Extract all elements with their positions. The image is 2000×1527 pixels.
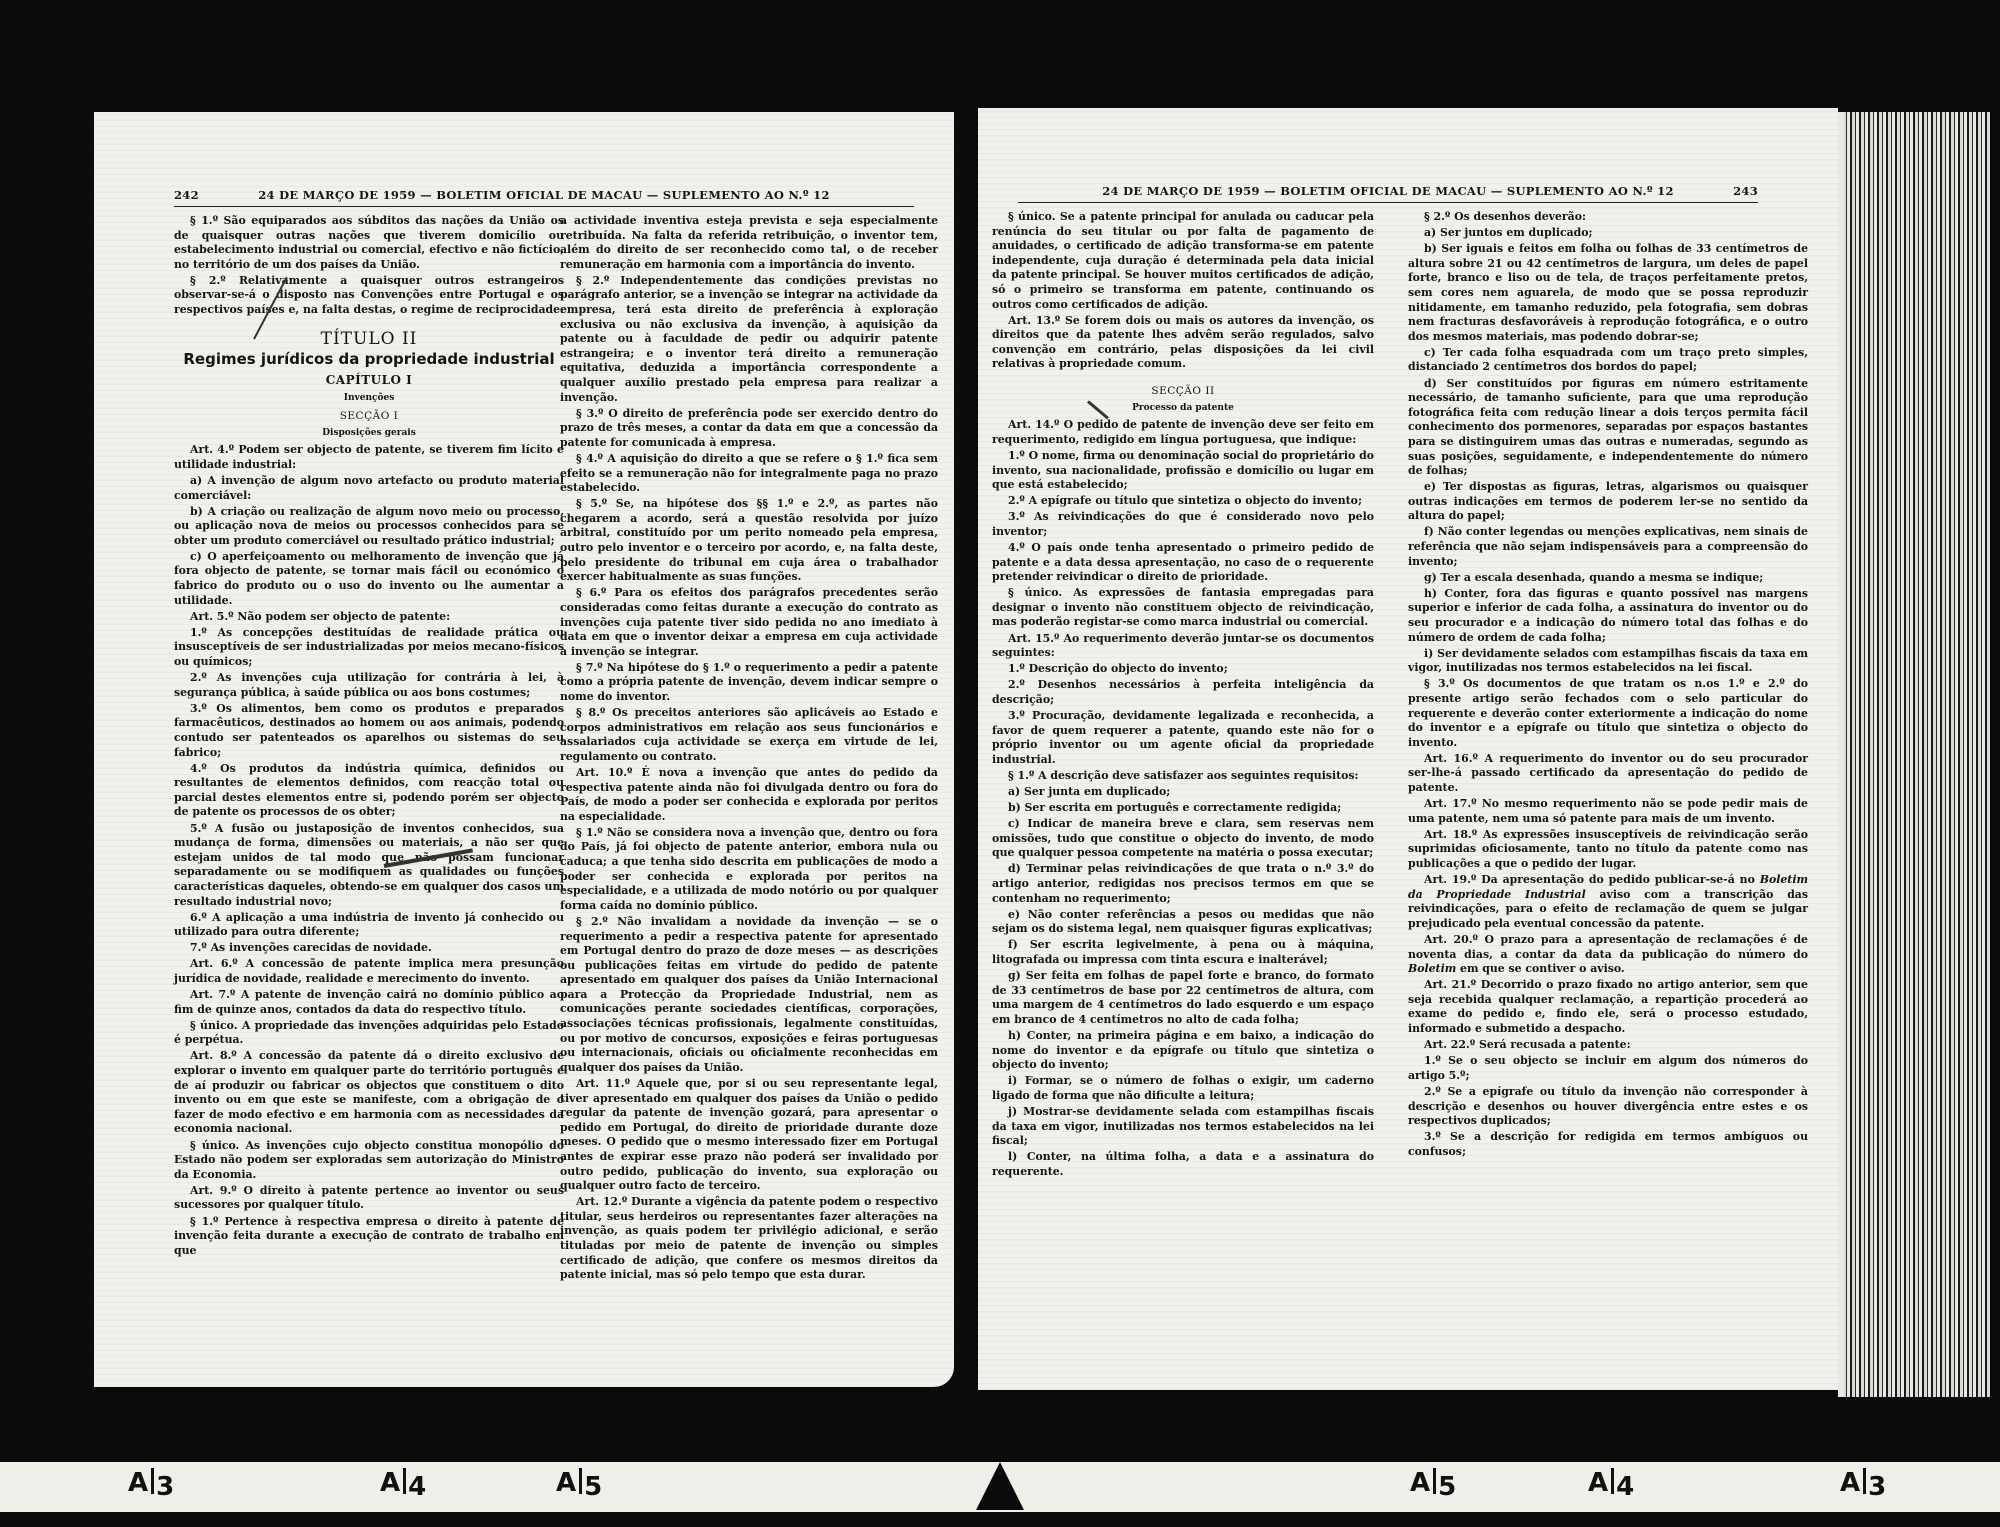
paragraph: § 3.º O direito de preferência pode ser … bbox=[560, 407, 938, 451]
article-15: Art. 15.º Ao requerimento deverão juntar… bbox=[992, 632, 1374, 661]
item: e) Ter dispostas as figuras, letras, alg… bbox=[1408, 480, 1808, 524]
paragraph: § 2.º Relativamente a quaisquer outros e… bbox=[174, 274, 564, 318]
item: 3.º Os alimentos, bem como os produtos e… bbox=[174, 702, 564, 760]
item: b) Ser escrita em português e correctame… bbox=[992, 801, 1374, 816]
film-notch bbox=[976, 1462, 1024, 1510]
item: l) Conter, na última folha, a data e a a… bbox=[992, 1150, 1374, 1179]
frame-mark: A4 bbox=[1588, 1468, 1634, 1502]
paragraph: § único. As expressões de fantasia empre… bbox=[992, 586, 1374, 630]
article-18: Art. 18.º As expressões insusceptíveis d… bbox=[1408, 828, 1808, 872]
item: c) Indicar de maneira breve e clara, sem… bbox=[992, 817, 1374, 861]
article-8: Art. 8.º A concessão da patente dá o dir… bbox=[174, 1049, 564, 1137]
item: j) Mostrar-se devidamente selada com est… bbox=[992, 1105, 1374, 1149]
item: 1.º As concepções destituídas de realida… bbox=[174, 626, 564, 670]
title-heading: TÍTULO II bbox=[174, 332, 564, 347]
page-header: 242 24 DE MARÇO DE 1959 — BOLETIM OFICIA… bbox=[174, 182, 914, 207]
paragraph: § 2.º Independentemente das condições pr… bbox=[560, 274, 938, 405]
paragraph: § único. A propriedade das invenções adq… bbox=[174, 1019, 564, 1048]
title-subheading: Regimes jurídicos da propriedade industr… bbox=[174, 352, 564, 367]
section-heading: SECÇÃO II bbox=[992, 384, 1374, 399]
item: 2.º A epígrafe ou título que sintetiza o… bbox=[992, 494, 1374, 509]
header-title: 24 DE MARÇO DE 1959 — BOLETIM OFICIAL DE… bbox=[174, 188, 914, 202]
article-9: Art. 9.º O direito à patente pertence ao… bbox=[174, 1184, 564, 1213]
item: a) Ser juntos em duplicado; bbox=[1408, 226, 1808, 241]
page-number: 243 bbox=[1733, 184, 1758, 198]
section-subheading: Processo da patente bbox=[992, 401, 1374, 416]
italic-title: Boletim bbox=[1408, 962, 1456, 975]
right-page: 24 DE MARÇO DE 1959 — BOLETIM OFICIAL DE… bbox=[978, 108, 1838, 1390]
right-column-2: § 2.º Os desenhos deverão: a) Ser juntos… bbox=[1408, 210, 1808, 1161]
item: 1.º O nome, firma ou denominação social … bbox=[992, 449, 1374, 493]
article-21: Art. 21.º Decorrido o prazo fixado no ar… bbox=[1408, 978, 1808, 1036]
left-column-1: § 1.º São equiparados aos súbditos das n… bbox=[174, 214, 564, 1260]
article-7: Art. 7.º A patente de invenção cairá no … bbox=[174, 988, 564, 1017]
paragraph: § 1.º Não se considera nova a invenção q… bbox=[560, 826, 938, 914]
text: Art. 19.º Da apresentação do pedido publ… bbox=[1424, 873, 1760, 886]
book-gutter bbox=[954, 100, 978, 1400]
item: d) Ser constituídos por figuras em númer… bbox=[1408, 377, 1808, 479]
frame-mark: A3 bbox=[1840, 1468, 1886, 1502]
article-11: Art. 11.º Aquele que, por si ou seu repr… bbox=[560, 1077, 938, 1194]
paragraph: § único. As invenções cujo objecto const… bbox=[174, 1139, 564, 1183]
article-4: Art. 4.º Podem ser objecto de patente, s… bbox=[174, 443, 564, 472]
item: 6.º A aplicação a uma indústria de inven… bbox=[174, 911, 564, 940]
item: i) Ser devidamente selados com estampilh… bbox=[1408, 647, 1808, 676]
paragraph: § 8.º Os preceitos anteriores são aplicá… bbox=[560, 706, 938, 764]
item: 1.º Descrição do objecto do invento; bbox=[992, 662, 1374, 677]
item: i) Formar, se o número de folhas o exigi… bbox=[992, 1074, 1374, 1103]
article-13: Art. 13.º Se forem dois ou mais os autor… bbox=[992, 314, 1374, 372]
paragraph: § 5.º Se, na hipótese dos §§ 1.º e 2.º, … bbox=[560, 497, 938, 585]
item: 4.º Os produtos da indústria química, de… bbox=[174, 762, 564, 820]
item: h) Conter, fora das figuras e quanto pos… bbox=[1408, 587, 1808, 645]
item: 1.º Se o seu objecto se incluir em algum… bbox=[1408, 1054, 1808, 1083]
article-5: Art. 5.º Não podem ser objecto de patent… bbox=[174, 610, 564, 625]
item: g) Ser feita em folhas de papel forte e … bbox=[992, 969, 1374, 1027]
paragraph: § 7.º Na hipótese do § 1.º o requeriment… bbox=[560, 661, 938, 705]
chapter-heading: CAPÍTULO I bbox=[174, 373, 564, 388]
left-column-2: a actividade inventiva esteja prevista e… bbox=[560, 214, 938, 1284]
right-column-1: § único. Se a patente principal for anul… bbox=[992, 210, 1374, 1181]
article-17: Art. 17.º No mesmo requerimento não se p… bbox=[1408, 797, 1808, 826]
article-10: Art. 10.º É nova a invenção que antes do… bbox=[560, 766, 938, 824]
frame-mark: A3 bbox=[128, 1468, 174, 1502]
frame-mark: A4 bbox=[380, 1468, 426, 1502]
paragraph: § 4.º A aquisição do direito a que se re… bbox=[560, 452, 938, 496]
item: b) Ser iguais e feitos em folha ou folha… bbox=[1408, 242, 1808, 344]
article-16: Art. 16.º A requerimento do inventor ou … bbox=[1408, 752, 1808, 796]
item: 2.º Desenhos necessários à perfeita inte… bbox=[992, 678, 1374, 707]
item: 7.º As invenções carecidas de novidade. bbox=[174, 941, 564, 956]
text: em que se contiver o aviso. bbox=[1456, 962, 1624, 975]
item: c) O aperfeiçoamento ou melhoramento de … bbox=[174, 550, 564, 608]
section-heading: SECÇÃO I bbox=[174, 409, 564, 424]
item: b) A criação ou realização de algum novo… bbox=[174, 505, 564, 549]
item: 3.º Procuração, devidamente legalizada e… bbox=[992, 709, 1374, 767]
paragraph: § 1.º Pertence à respectiva empresa o di… bbox=[174, 1215, 564, 1259]
item: f) Ser escrita legivelmente, à pena ou à… bbox=[992, 938, 1374, 967]
paragraph: § 2.º Os desenhos deverão: bbox=[1408, 210, 1808, 225]
paragraph: § 3.º Os documentos de que tratam os n.o… bbox=[1408, 677, 1808, 750]
item: h) Conter, na primeira página e em baixo… bbox=[992, 1029, 1374, 1073]
section-subheading: Disposições gerais bbox=[174, 426, 564, 441]
item: f) Não conter legendas ou menções explic… bbox=[1408, 525, 1808, 569]
item: 3.º As reivindicações do que é considera… bbox=[992, 510, 1374, 539]
article-14: Art. 14.º O pedido de patente de invençã… bbox=[992, 418, 1374, 447]
item: d) Terminar pelas reivindicações de que … bbox=[992, 862, 1374, 906]
paragraph: § 1.º A descrição deve satisfazer aos se… bbox=[992, 769, 1374, 784]
paragraph-continuation: a actividade inventiva esteja prevista e… bbox=[560, 214, 938, 272]
frame-mark: A5 bbox=[556, 1468, 602, 1502]
article-12: Art. 12.º Durante a vigência da patente … bbox=[560, 1195, 938, 1283]
item: c) Ter cada folha esquadrada com um traç… bbox=[1408, 346, 1808, 375]
paragraph: § único. Se a patente principal for anul… bbox=[992, 210, 1374, 312]
article-22: Art. 22.º Será recusada a patente: bbox=[1408, 1038, 1808, 1053]
item: a) Ser junta em duplicado; bbox=[992, 785, 1374, 800]
paragraph: § 6.º Para os efeitos dos parágrafos pre… bbox=[560, 586, 938, 659]
article-20: Art. 20.º O prazo para a apresentação de… bbox=[1408, 933, 1808, 977]
text: Art. 20.º O prazo para a apresentação de… bbox=[1408, 933, 1808, 961]
item: 5.º A fusão ou justaposição de inventos … bbox=[174, 822, 564, 910]
paragraph: § 2.º Não invalidam a novidade da invenç… bbox=[560, 915, 938, 1076]
page-header: 24 DE MARÇO DE 1959 — BOLETIM OFICIAL DE… bbox=[1018, 178, 1758, 203]
article-6: Art. 6.º A concessão de patente implica … bbox=[174, 957, 564, 986]
article-19: Art. 19.º Da apresentação do pedido publ… bbox=[1408, 873, 1808, 931]
frame-mark: A5 bbox=[1410, 1468, 1456, 1502]
item: g) Ter a escala desenhada, quando a mesm… bbox=[1408, 571, 1808, 586]
paragraph: § 1.º São equiparados aos súbditos das n… bbox=[174, 214, 564, 272]
item: a) A invenção de algum novo artefacto ou… bbox=[174, 474, 564, 503]
item: e) Não conter referências a pesos ou med… bbox=[992, 908, 1374, 937]
item: 2.º As invenções cuja utilização for con… bbox=[174, 671, 564, 700]
item: 3.º Se a descrição for redigida em termo… bbox=[1408, 1130, 1808, 1159]
header-title: 24 DE MARÇO DE 1959 — BOLETIM OFICIAL DE… bbox=[1018, 184, 1758, 198]
item: 4.º O país onde tenha apresentado o prim… bbox=[992, 541, 1374, 585]
chapter-subheading: Invenções bbox=[174, 391, 564, 406]
book-page-edges bbox=[1838, 112, 1990, 1397]
left-page: 242 24 DE MARÇO DE 1959 — BOLETIM OFICIA… bbox=[94, 112, 954, 1387]
item: 2.º Se a epígrafe ou título da invenção … bbox=[1408, 1085, 1808, 1129]
